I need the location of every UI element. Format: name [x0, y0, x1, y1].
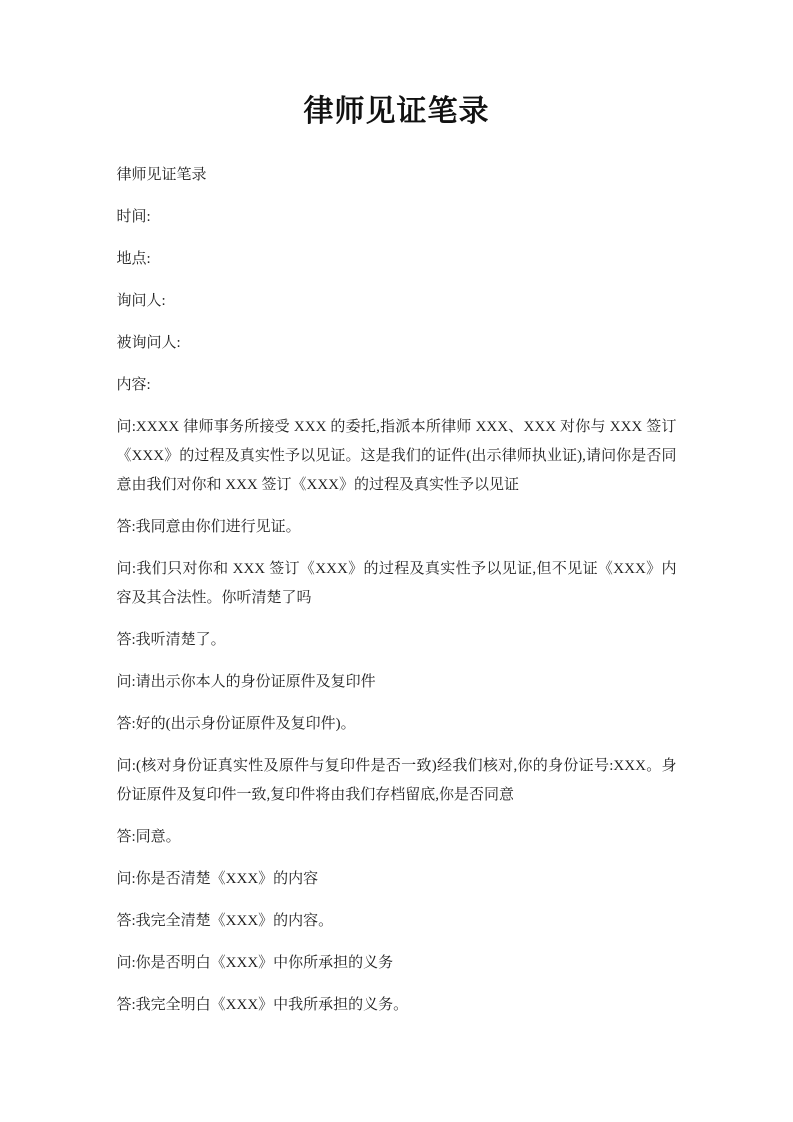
document-paragraph-10: 答:我听清楚了。 [117, 626, 677, 655]
document-paragraph-18: 答:我完全明白《XXX》中我所承担的义务。 [117, 991, 677, 1020]
document-paragraph-8: 答:我同意由你们进行见证。 [117, 513, 677, 542]
document-paragraph-5: 被询问人: [117, 329, 677, 358]
document-page: 律师见证笔录 律师见证笔录时间:地点:询问人:被询问人:内容:问:XXXX 律师… [0, 0, 793, 1122]
document-paragraph-4: 询问人: [117, 287, 677, 316]
document-paragraph-3: 地点: [117, 245, 677, 274]
document-body: 律师见证笔录时间:地点:询问人:被询问人:内容:问:XXXX 律师事务所接受 X… [117, 161, 677, 1020]
document-paragraph-1: 律师见证笔录 [117, 161, 677, 190]
document-paragraph-9: 问:我们只对你和 XXX 签订《XXX》的过程及真实性予以见证,但不见证《XXX… [117, 555, 677, 613]
document-paragraph-11: 问:请出示你本人的身份证原件及复印件 [117, 668, 677, 697]
document-paragraph-13: 问:(核对身份证真实性及原件与复印件是否一致)经我们核对,你的身份证号:XXX。… [117, 752, 677, 810]
document-paragraph-15: 问:你是否清楚《XXX》的内容 [117, 865, 677, 894]
document-paragraph-12: 答:好的(出示身份证原件及复印件)。 [117, 710, 677, 739]
document-paragraph-16: 答:我完全清楚《XXX》的内容。 [117, 907, 677, 936]
document-paragraph-14: 答:同意。 [117, 823, 677, 852]
document-paragraph-17: 问:你是否明白《XXX》中你所承担的义务 [117, 949, 677, 978]
document-paragraph-7: 问:XXXX 律师事务所接受 XXX 的委托,指派本所律师 XXX、XXX 对你… [117, 413, 677, 500]
document-title: 律师见证笔录 [0, 91, 793, 133]
document-paragraph-2: 时间: [117, 203, 677, 232]
document-paragraph-6: 内容: [117, 371, 677, 400]
